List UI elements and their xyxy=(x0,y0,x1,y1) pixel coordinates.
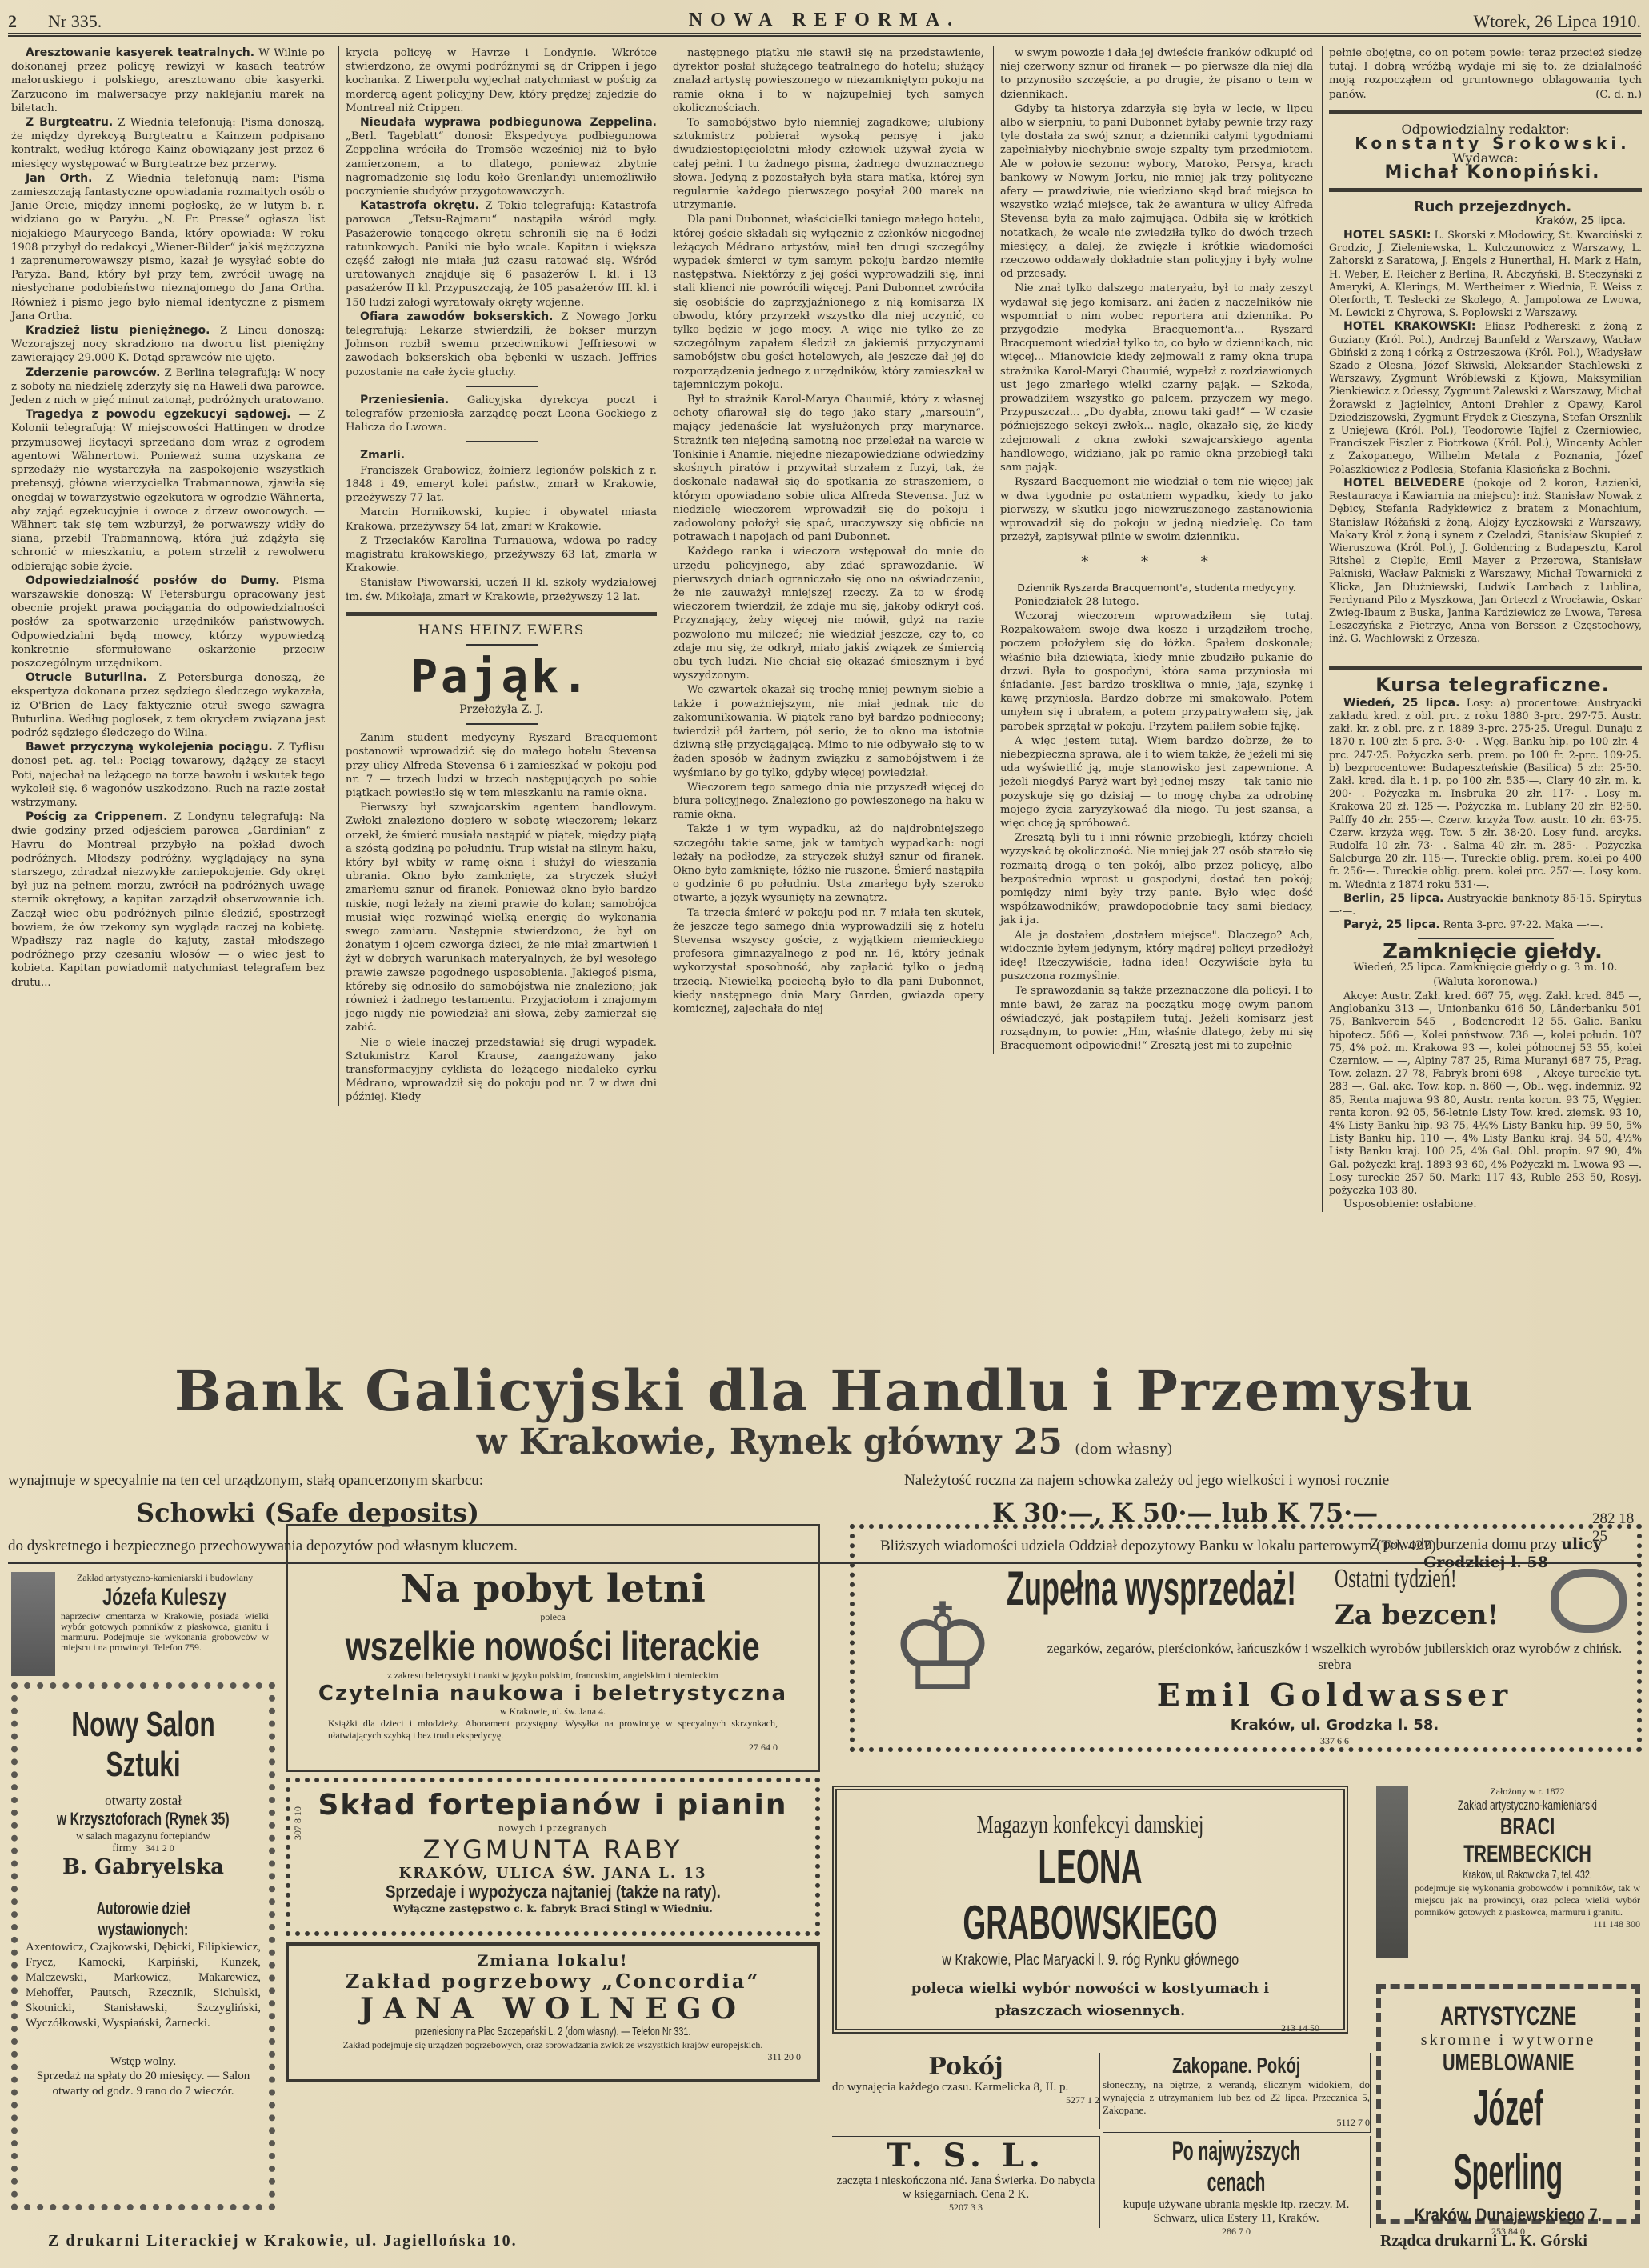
serial-paragraph: Pierwszy był szwajcarskim agentem handlo… xyxy=(346,801,657,1034)
section-rule xyxy=(1329,666,1642,670)
ad-books: Na pobyt letni poleca wszelkie nowości l… xyxy=(286,1524,820,1772)
rate-values: Renta 3-prc. 97·22. Mąka —·—. xyxy=(1440,918,1603,930)
news-headline: Zderzenie parowców. xyxy=(26,366,160,379)
diary-paragraph: Ale ja dostałem ,dostałem miejsce". Dlac… xyxy=(1000,929,1313,984)
travelers-dateline: Kraków, 25 lipca. xyxy=(1329,214,1642,228)
news-item: Kradzież listu pieniężnego. Z Lincu dono… xyxy=(11,324,325,366)
serial-paragraph: To samobójstwo było niemniej zagadkowe; … xyxy=(673,116,984,212)
rate-entry: Wiedeń, 25 lipca. Losy: a) procentowe: A… xyxy=(1329,697,1642,891)
serial-paragraph: Ta trzecia śmierć w pokoju pod nr. 7 mia… xyxy=(673,906,984,1017)
ad-art-salon: Nowy Salon Sztuki otwarty został w Krzys… xyxy=(11,1682,275,2210)
serial-paragraph: Każdego ranka i wieczora wstępował do mn… xyxy=(673,545,984,682)
hotel-name: HOTEL SASKI: xyxy=(1343,229,1431,242)
travelers-heading: Ruch przejezdnych. xyxy=(1329,200,1642,214)
hotel-guests: L. Skorski z Młodowicy, St. Kwarciński z… xyxy=(1329,229,1642,318)
serial-paragraph: Zanim student medycyny Ryszard Bracquemo… xyxy=(346,731,657,800)
ad-sperling-furniture: ARTYSTYCZNE skromne i wytworne UMEBLOWAN… xyxy=(1376,1984,1640,2224)
ad-goldwasser: ♔ Z powodu burzenia domu przy ulicy Grod… xyxy=(850,1524,1642,1752)
news-body: Z Kolonii telegrafują: W miejscowości Ha… xyxy=(11,409,325,572)
news-headline: Z Burgteatru. xyxy=(26,116,113,129)
diary-heading: Dziennik Ryszarda Bracquemont'a, student… xyxy=(1000,581,1313,594)
news-headline: Aresztowanie kasyerek teatralnych. xyxy=(26,46,254,59)
rate-entry: Paryż, 25 lipca. Renta 3-prc. 97·22. Mąk… xyxy=(1329,918,1642,931)
ad-code: 213 14 50 xyxy=(837,2022,1343,2034)
ad-trembecki: Założony w r. 1872 Zakład artystyczno-ka… xyxy=(1376,1786,1640,1962)
newspaper-page: 2 Nr 335. NOWA REFORMA. Wtorek, 26 Lipca… xyxy=(0,0,1649,2268)
eagle-emblem-icon: ♔ xyxy=(879,1569,1007,1729)
close-quotes: Akcye: Austr. Zakł. kred. 667 75, węg. Z… xyxy=(1329,990,1642,1197)
news-item: Katastrofa okrętu. Z Tokio telegrafują: … xyxy=(346,199,657,310)
bank-address: w Krakowie, Rynek główny 25 (dom własny) xyxy=(8,1422,1641,1470)
news-item: Zderzenie parowców. Z Berlina telegrafuj… xyxy=(11,366,325,408)
close-heading: Zamknięcie giełdy. xyxy=(1329,946,1642,959)
masthead: 2 Nr 335. NOWA REFORMA. Wtorek, 26 Lipca… xyxy=(8,8,1641,37)
news-item: Aresztowanie kasyerek teatralnych. W Wil… xyxy=(11,46,325,115)
rate-dateline: Berlin, 25 lipca. xyxy=(1343,892,1443,905)
ad-code: 27 64 0 xyxy=(288,1742,818,1754)
newspaper-title: NOWA REFORMA. xyxy=(8,10,1641,31)
hotel-entry: HOTEL SASKI: L. Skorski z Młodowicy, St.… xyxy=(1329,229,1642,319)
serial-author: HANS HEINZ EWERS xyxy=(346,624,657,638)
serial-paragraph: Nie o wiele inaczej przedstawiał się dru… xyxy=(346,1036,657,1105)
news-body: Z Wiednia telefonują nam: Pisma zamieszc… xyxy=(11,173,325,322)
ad-pianos: 307 8 10 Skład fortepianów i pianin nowy… xyxy=(286,1778,820,1936)
divider xyxy=(466,386,538,387)
news-body: Pisma warszawskie donoszą: W Petersburgu… xyxy=(11,575,325,670)
news-item: Tragedya z powodu egzekucyi sądowej. — Z… xyxy=(11,408,325,573)
column-1-news: Aresztowanie kasyerek teatralnych. W Wil… xyxy=(11,46,325,990)
obituary-entry: Marcin Hornikowski, kupiec i obywatel mi… xyxy=(346,506,657,533)
serial-paragraph: Gdyby ta historya zdarzyła się była w le… xyxy=(1000,102,1313,282)
rate-dateline: Wiedeń, 25 lipca. xyxy=(1343,697,1459,710)
news-body: Z Londynu telegrafują: Na dwie godziny p… xyxy=(11,811,325,988)
news-item: Odpowiedzialność posłów do Dumy. Pisma w… xyxy=(11,574,325,670)
publisher-name: Michał Konopiński. xyxy=(1329,166,1642,179)
column-4-serial: w swym powozie i dała jej dwieście frank… xyxy=(993,46,1313,1054)
news-headline: Tragedya z powodu egzekucyi sądowej. — xyxy=(26,408,310,421)
obituary-entry: Franciszek Grabowicz, żołnierz legionów … xyxy=(346,464,657,506)
serial-paragraph: We czwartek okazał się trochę mniej pewn… xyxy=(673,683,984,779)
news-headline: Pościg za Crippenem. xyxy=(26,810,167,823)
divider xyxy=(1418,938,1554,939)
monument-image xyxy=(11,1572,55,1676)
serial-paragraph: Dla pani Dubonnet, właścicielki taniego … xyxy=(673,213,984,392)
editor-name: Konstanty Srokowski. xyxy=(1329,137,1642,150)
serial-paragraph: Nie znał tylko dalszego materyału, był t… xyxy=(1000,282,1313,474)
serial-paragraph: w swym powozie i dała jej dwieście frank… xyxy=(1000,46,1313,102)
issue-date: Wtorek, 26 Lipca 1910. xyxy=(1473,11,1641,32)
ad-code: 337 6 6 xyxy=(1039,1735,1631,1747)
diary-paragraph: Wczoraj wieczorem wprowadziłem się tutaj… xyxy=(1000,610,1313,734)
section-rule xyxy=(1329,110,1642,114)
news-headline: Kradzież listu pieniężnego. xyxy=(26,324,210,337)
news-headline: Ofiara zawodów bokserskich. xyxy=(360,310,553,323)
diary-date: Poniedziałek 28 lutego. xyxy=(1000,595,1313,609)
rate-dateline: Paryż, 25 lipca. xyxy=(1343,918,1440,931)
section-stars: * * * xyxy=(1000,555,1313,569)
divider xyxy=(466,644,538,646)
news-item: Bawet przyczyną wykolejenia pociągu. Z T… xyxy=(11,741,325,810)
obituaries-list: Franciszek Grabowicz, żołnierz legionów … xyxy=(346,464,657,604)
news-item: Ofiara zawodów bokserskich. Z Nowego Jor… xyxy=(346,310,657,379)
news-item: Otrucie Buturlina. Z Petersburga donoszą… xyxy=(11,671,325,740)
obituary-entry: Stanisław Piwowarski, uczeń II kl. szkoł… xyxy=(346,576,657,603)
news-item: Pościg za Crippenem. Z Londynu telegrafu… xyxy=(11,810,325,990)
news-item: Z Burgteatru. Z Wiednia telefonują: Pism… xyxy=(11,116,325,171)
ad-zakopane-room: Zakopane. Pokój słoneczny, na piętrze, z… xyxy=(1103,2053,1371,2133)
ad-code: 286 7 0 xyxy=(1103,2226,1370,2238)
hotel-guests: (pokoje od 2 koron, Łazienki, Restauracy… xyxy=(1329,477,1642,644)
news-headline: Katastrofa okrętu. xyxy=(360,199,479,212)
obituary-entry: Z Trzeciaków Karolina Turnauowa, wdowa p… xyxy=(346,534,657,576)
news-headline: Otrucie Buturlina. xyxy=(26,671,147,684)
ad-room: Pokój do wynajęcia każdego czasu. Karmel… xyxy=(832,2053,1100,2129)
continued-text: krycia policyę w Havrze i Londynie. Wkró… xyxy=(346,46,657,115)
serial-translator: Przełożyła Z. J. xyxy=(346,703,657,717)
news-headline: Nieudała wyprawa podbiegunowa Zeppelina. xyxy=(360,116,657,129)
section-rule xyxy=(1329,188,1642,192)
print-manager: Rządca drukarni L. K. Górski xyxy=(1380,2232,1587,2250)
rate-entry: Berlin, 25 lipca. Austryackie banknoty 8… xyxy=(1329,892,1642,918)
section-rule xyxy=(346,612,657,616)
hotel-guests: Eliasz Podhereski z żoną z Guziany (Król… xyxy=(1329,320,1642,474)
serial-paragraph: Także i w tym wypadku, aż do najdrobniej… xyxy=(673,822,984,905)
hotel-name: HOTEL KRAKOWSKI: xyxy=(1343,320,1475,333)
news-headline: Bawet przyczyną wykolejenia pociągu. xyxy=(26,741,273,754)
ad-clothes-buyer: Po najwyższych cenach kupuje używane ubr… xyxy=(1103,2136,1371,2228)
serial-paragraph: Wieczorem tego samego dnia nie przyszedł… xyxy=(673,781,984,822)
ad-name: Józefa Kuleszy xyxy=(103,1584,227,1611)
bank-fee-intro: Należytość roczna za najem schowka zależ… xyxy=(904,1472,1389,1490)
serial-text: Zanim student medycyny Ryszard Bracquemo… xyxy=(346,731,657,1104)
ad-code: 5112 7 0 xyxy=(1103,2117,1370,2129)
market-mood: Usposobienie: osłabione. xyxy=(1329,1198,1642,1211)
rates-heading: Kursa telegraficzne. xyxy=(1329,678,1642,692)
hotel-entry: HOTEL KRAKOWSKI: Eliasz Podhereski z żon… xyxy=(1329,320,1642,475)
ad-title: Nowy Salon Sztuki xyxy=(53,1705,234,1785)
ad-tsl-book: T. S. L. zaczęta i nieskończona nić. Jan… xyxy=(832,2136,1100,2228)
diary-paragraph: Zresztą byli tu i inni równie przebiegli… xyxy=(1000,831,1313,927)
printer-imprint: Z drukarni Literackiej w Krakowie, ul. J… xyxy=(48,2232,518,2250)
serial-title: Pająk. xyxy=(346,652,657,703)
news-item: Jan Orth. Z Wiednia telefonują nam: Pism… xyxy=(11,172,325,323)
serial-paragraph: Ryszard Bacquemont nie wiedział o tem ni… xyxy=(1000,475,1313,544)
rate-values: Losy: a) procentowe: Austryacki zakładu … xyxy=(1329,697,1642,890)
ad-grabowski: Magazyn konfekcyi damskiej LEONA GRABOWS… xyxy=(832,1786,1348,2034)
column-3-serial: następnego piątku nie stawił się na prze… xyxy=(666,46,984,1017)
column-5: pełnie obojętne, co on potem powie: tera… xyxy=(1322,46,1642,1212)
serial-paragraph: Był to strażnik Karol-Marya Chaumié, któ… xyxy=(673,393,984,544)
column-2-news: krycia policyę w Havrze i Londynie. Wkró… xyxy=(338,46,657,1106)
news-headline: Jan Orth. xyxy=(26,172,92,185)
continued-text: pełnie obojętne, co on potem powie: tera… xyxy=(1329,46,1642,102)
close-currency: (Waluta koronowa.) xyxy=(1329,975,1642,989)
news-body: „Berl. Tageblatt“ donosi: Ekspedycya pod… xyxy=(346,130,657,198)
ad-code: 311 20 0 xyxy=(289,2051,817,2063)
hotel-entry: HOTEL BELVEDERE (pokoje od 2 koron, Łazi… xyxy=(1329,477,1642,646)
ad-code: 307 8 10 xyxy=(292,1806,304,1840)
news-body: Z Tokio telegrafują: Katastrofa parowca … xyxy=(346,200,657,308)
ad-code: 5277 1 2 xyxy=(832,2094,1099,2106)
diary-paragraph: A więc jestem tutaj. Wiem bardzo dobrze,… xyxy=(1000,734,1313,830)
cross-monument-image xyxy=(1376,1786,1408,1958)
close-dateline: Wiedeń, 25 lipca. Zamknięcie giełdy o g.… xyxy=(1329,961,1642,974)
obituaries-heading: Zmarli. xyxy=(346,449,657,462)
ad-funeral-home: Zmiana lokalu! Zakład pogrzebowy „Concor… xyxy=(286,1942,820,2082)
bank-title: Bank Galicyjski dla Handlu i Przemysłu xyxy=(8,1360,1641,1422)
serial-paragraph: następnego piątku nie stawił się na prze… xyxy=(673,46,984,115)
diary-paragraph: Te sprawozdania są także przeznaczone dl… xyxy=(1000,984,1313,1053)
news-headline: Odpowiedzialność posłów do Dumy. xyxy=(26,574,280,587)
divider xyxy=(466,441,538,442)
news-item: Przeniesienia. Galicyjska dyrekcya poczt… xyxy=(346,394,657,435)
ad-kuleszy: Zakład artystyczno-kamieniarski i budowl… xyxy=(11,1572,275,1680)
ad-code: 341 2 0 xyxy=(146,1842,174,1854)
news-item: Nieudała wyprawa podbiegunowa Zeppelina.… xyxy=(346,116,657,198)
divider xyxy=(466,723,538,725)
bank-intro: wynajmuje w specyalnie na ten cel urządz… xyxy=(8,1472,483,1490)
ring-icon xyxy=(1551,1569,1627,1633)
ad-code: 111 148 300 xyxy=(1415,1918,1640,1930)
hotel-name: HOTEL BELVEDERE xyxy=(1343,477,1465,490)
ad-code: 5207 3 3 xyxy=(832,2202,1099,2214)
